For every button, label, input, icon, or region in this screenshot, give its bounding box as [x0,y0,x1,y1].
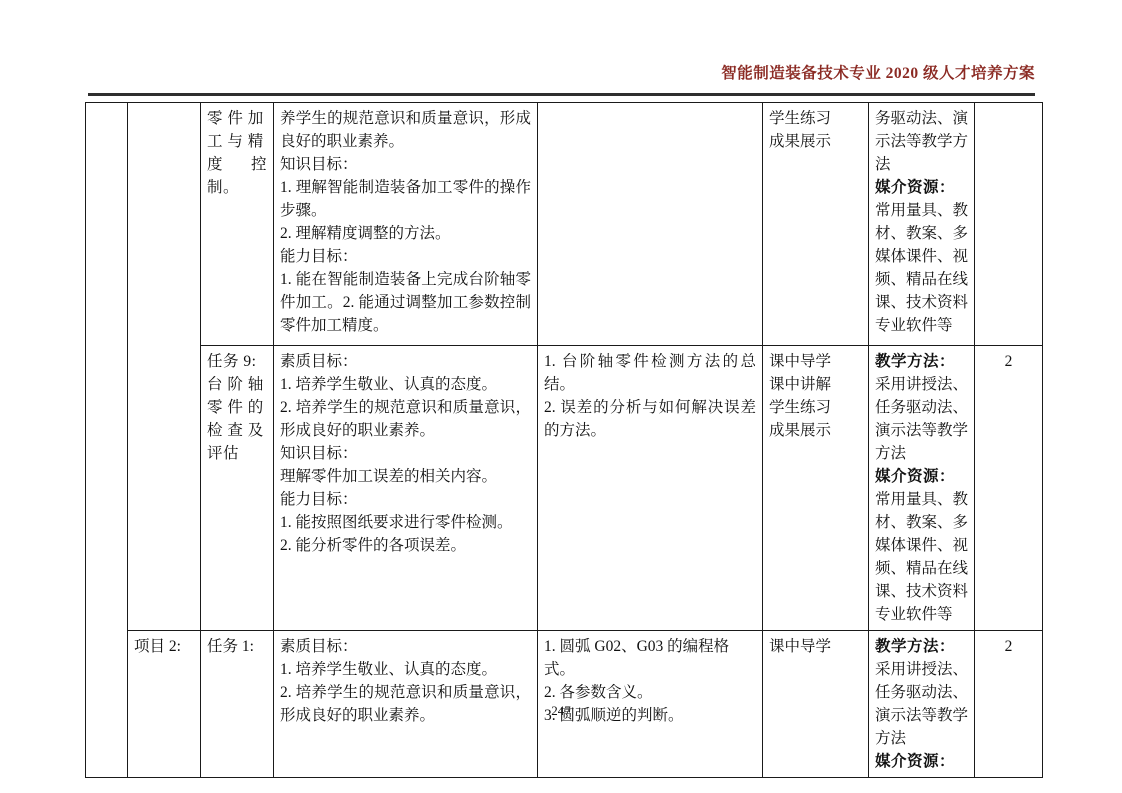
cell-row1-activities: 学生练习 成果展示 [763,103,869,346]
media-resources-text: 常用量具、教材、教案、多媒体课件、视频、精品在线课、技术资料专业软件等 [875,199,968,337]
cell-row2-methods: 教学方法： 采用讲授法、任务驱动法、演示法等教学方法 媒介资源： 常用量具、教材… [869,346,975,631]
cell-row1-task: 零 件 加 工 与 精 度控制。 [201,103,274,346]
cell-left-spacer [86,103,128,778]
header-rule [88,93,1035,96]
media-resources-label: 媒介资源： [875,465,968,488]
cell-row2-goals: 素质目标： 1. 培养学生敬业、认真的态度。 2. 培养学生的规范意识和质量意识… [274,346,538,631]
cell-row1-hours [975,103,1043,346]
cell-row2-hours: 2 [975,346,1043,631]
media-resources-text: 常用量具、教材、教案、多媒体课件、视频、精品在线课、技术资料专业软件等 [875,488,968,626]
teaching-method-text: 务驱动法、演示法等教学方法 [875,107,968,176]
cell-row2-activities: 课中导学 课中讲解 学生练习 成果展示 [763,346,869,631]
page-header-title: 智能制造装备技术专业 2020 级人才培养方案 [721,61,1035,83]
cell-project-merged [128,103,201,631]
cell-row2-task: 任务 9: 台 阶 轴 零 件 的 检 查 及 评估 [201,346,274,631]
media-resources-label: 媒介资源： [875,176,968,199]
media-resources-label: 媒介资源： [875,750,968,773]
teaching-method-label: 教学方法： [875,635,968,658]
table-row: 零 件 加 工 与 精 度控制。 养学生的规范意识和质量意识，形成良好的职业素养… [86,103,1043,346]
table-row: 任务 9: 台 阶 轴 零 件 的 检 查 及 评估 素质目标： 1. 培养学生… [86,346,1043,631]
course-plan-table: 零 件 加 工 与 精 度控制。 养学生的规范意识和质量意识，形成良好的职业素养… [85,102,1043,778]
teaching-method-label: 教学方法： [875,350,968,373]
cell-row2-content: 1. 台阶轴零件检测方法的总结。 2. 误差的分析与如何解决误差的方法。 [538,346,763,631]
cell-row1-content [538,103,763,346]
page-number: 247 [0,703,1122,719]
cell-row1-methods: 务驱动法、演示法等教学方法 媒介资源： 常用量具、教材、教案、多媒体课件、视频、… [869,103,975,346]
teaching-method-text: 采用讲授法、任务驱动法、演示法等教学方法 [875,373,968,465]
cell-row1-goals: 养学生的规范意识和质量意识，形成良好的职业素养。 知识目标： 1. 理解智能制造… [274,103,538,346]
